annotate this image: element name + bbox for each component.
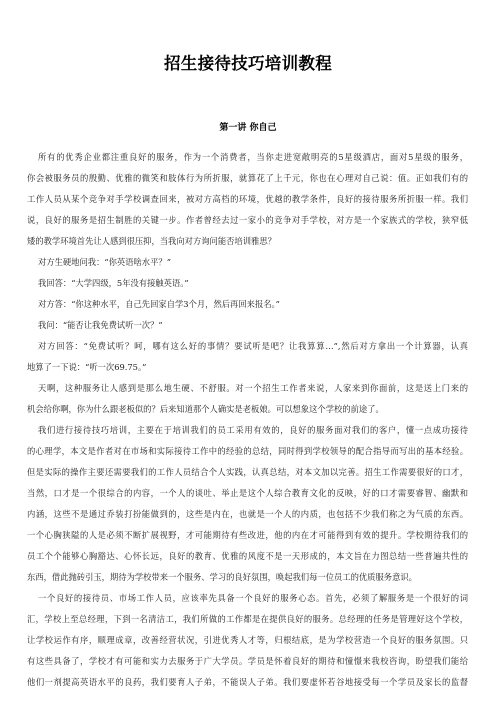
paragraph-line: 一个良好的接待员、市场工作人员，应该率先具备一个良好的服务心态。首先，必须了解服…: [38, 592, 468, 604]
paragraph-line: 工作人员从某个竞争对手学校调查回来，被对方高档的环境，优越的教学条件，良好的接待…: [27, 193, 468, 205]
paragraph-line: 的心理学，本文是作者对在市场和实际接待工作中的经验的总结，同时得到学校领导的配合…: [27, 445, 468, 457]
paragraph-line: 对方回答：“免费试听？呵，哪有这么好的事情？要试听是吧？让我算算…”,然后对方拿…: [38, 340, 468, 352]
paragraph-line: 对方答：“你这种水平，自己先回家自学3个月，然后再回来报名。”: [38, 298, 280, 310]
paragraph-line: 所有的优秀企业都注重良好的服务，作为一个消费者，当你走进宽敞明亮的5星级酒店，面…: [38, 151, 468, 163]
paragraph-line: 当然，口才是一个很综合的内容，一个人的谈吐、举止是这个人综合教育文化的反映，好的…: [27, 487, 468, 499]
paragraph-line: 你会被服务员的殷勤、优雅的微笑和肢体行为所折服，就算花了上千元，你也在心理对自己…: [27, 172, 468, 184]
paragraph-line: 东西，借此抛砖引玉，期待为学校带来一个服务、学习的良好氛围，唤起我们每一位员工的…: [27, 571, 417, 583]
paragraph-line: 但是实际的操作主要还需要我们的工作人员结合个人实践，认真总结，对本文加以完善。招…: [27, 466, 468, 478]
paragraph-line: 让学校运作有序，顺理成章，改善经营状况，引进优秀人才等，归根结底，是为学校营造一…: [27, 634, 468, 646]
paragraph-line: 机会给你啊，你为什么跟老板似的？后来知道那个人确实是老板娘。可以想象这个学校的前…: [27, 403, 384, 415]
paragraph-line: 员工个个能够心胸豁达、心怀长远，良好的教育、优雅的风度不是一天形成的，本文旨在力…: [27, 550, 468, 562]
paragraph-line: 汇，学校上至总经理，下到一名清洁工，我们所做的工作都是在提供良好的服务。总经理的…: [27, 613, 468, 625]
paragraph-line: 地算了一下说：“听一次69.75。”: [27, 361, 146, 373]
paragraph-line: 内涵，这些不是通过乔装打扮能做到的，这些是内在，也就是一个人的内质，也包括不少我…: [27, 508, 468, 520]
paragraph-line: 我们进行接待技巧培训，主要在于培训我们的员工采用有效的，良好的服务面对我们的客户…: [38, 424, 468, 436]
paragraph-line: 有这些具备了，学校才有可能和实力去服务于广大学员。学员是怀着良好的期待和憧憬来我…: [27, 655, 468, 667]
paragraph-line: 说，良好的服务是招生制胜的关键一步。作者曾经去过一家小的竞争对手学校，对方是一个…: [27, 214, 468, 226]
section-heading: 第一讲 你自己: [0, 120, 496, 133]
paragraph-line: 我回答：“大学四级，5年没有接触英语。”: [38, 277, 189, 289]
document-title: 招生接待技巧培训教程: [0, 50, 496, 74]
paragraph-line: 我问：“能否让我免费试听一次？”: [38, 319, 163, 331]
paragraph-line: 对方生硬地问我：“你英语啥水平？”: [38, 256, 171, 268]
paragraph-line: 矮的教学环境首先让人感到很压抑，当我向对方询问能否培训雅思？: [27, 235, 276, 247]
paragraph-line: 一个心胸狭隘的人是必须不断扩展视野，才可能期待有些改进，他的内在才可能得到有效的…: [27, 529, 468, 541]
document-page: 招生接待技巧培训教程 第一讲 你自己 所有的优秀企业都注重良好的服务，作为一个消…: [0, 0, 496, 702]
paragraph-line: 天啊，这种服务让人感到是那么地生硬、不舒服。对一个招生工作者来说，人家来到你面前…: [38, 382, 468, 394]
paragraph-line: 他们一剂提高英语水平的良药，我们要育人子弟，不能误人子弟。我们要虚怀若谷地接受每…: [27, 676, 468, 688]
